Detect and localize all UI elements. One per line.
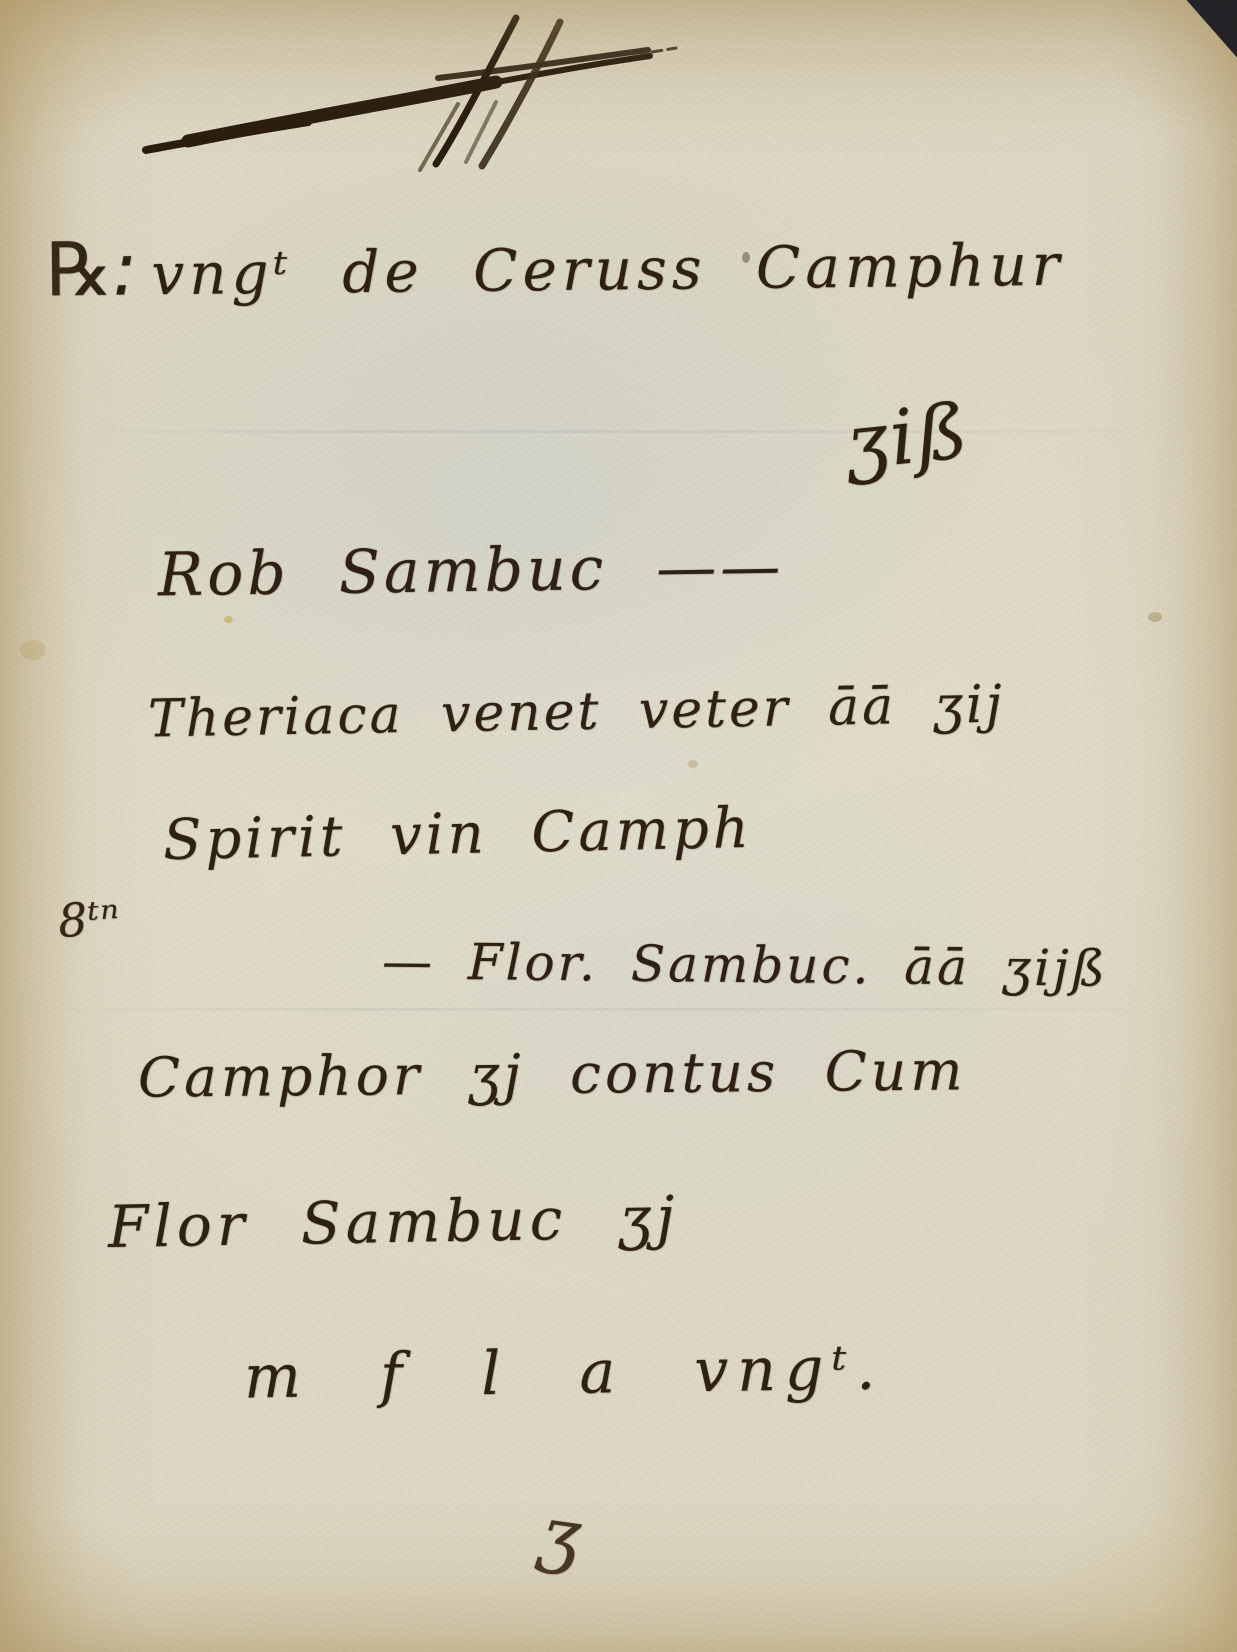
- quantity-annotation-drachms: ʒiß: [841, 386, 974, 487]
- ingredient-line-camphor: Camphor ʒj contus Cum: [138, 1038, 967, 1109]
- paper-speck: [224, 616, 233, 623]
- manuscript-page: ℞:vngᵗ de Ceruss Camphur ʒiß Rob Sambuc …: [0, 0, 1237, 1652]
- paper-speck: [688, 760, 698, 768]
- ingredient-line-rob-sambuc: Rob Sambuc ——: [158, 532, 785, 611]
- paper-crease: [0, 1008, 1237, 1011]
- paper-speck: [1148, 612, 1162, 622]
- instruction-line-misce-fiat-unguentum: m f l a vngᵗ.: [244, 1334, 885, 1413]
- scan-corner-shadow: [1183, 0, 1237, 62]
- end-flourish-mark: ʒ: [534, 1490, 586, 1579]
- margin-note: 8ᵗⁿ: [56, 890, 122, 948]
- ingredient-line-flores-sambuci: Flor Sambuc ʒj: [107, 1183, 679, 1261]
- ingredient-line-theriaca: Theriaca venet veter āā ʒij: [148, 675, 1006, 750]
- prescription-header-line: ℞:vngᵗ de Ceruss Camphur: [46, 217, 1065, 314]
- prescription-title-text: vngᵗ de Ceruss Camphur: [151, 231, 1065, 309]
- paper-speck: [20, 640, 46, 660]
- ingredient-line-spirit-vini: Spirit vin Camph: [162, 796, 753, 873]
- cancelled-flourish-mark: [128, 12, 688, 187]
- paper-crease: [0, 430, 1237, 433]
- ingredient-line-flores-sambuci-ana: — Flor. Sambuc. āā ʒijß: [382, 932, 1109, 998]
- rx-recipe-symbol: ℞:: [46, 226, 138, 313]
